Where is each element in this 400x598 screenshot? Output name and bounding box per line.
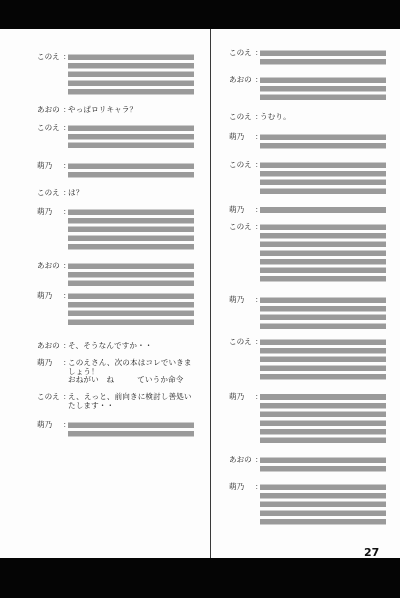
redacted-text: [260, 223, 386, 283]
redacted-text: [68, 292, 194, 326]
redacted-text: [68, 53, 194, 96]
speaker-name: 萌乃: [37, 359, 52, 368]
right-column: このえ ： あおの ： このえ ： うむり。 萌乃 ： このえ ： 萌乃 ： こ…: [229, 0, 389, 598]
redacted-text: [260, 161, 386, 195]
scan-border-bottom: [0, 558, 400, 598]
speaker-name: このえ: [229, 49, 252, 58]
dialogue-text: え、えっと、前向きに検討し善処い たします・・: [68, 393, 194, 410]
dialogue-text: うむり。: [260, 113, 386, 122]
speaker-name: あおの: [229, 456, 252, 465]
speaker-name: あおの: [37, 106, 60, 115]
page-number: 27: [364, 547, 379, 558]
redacted-text: [68, 124, 194, 150]
speaker-name: このえ: [229, 338, 252, 347]
dialogue-text: やっぱロリキャラ？: [68, 106, 194, 115]
speaker-name: あおの: [37, 262, 60, 271]
redacted-text: [260, 133, 386, 150]
speaker-name: 萌乃: [229, 483, 244, 492]
speaker-name: このえ: [37, 124, 60, 133]
redacted-text: [260, 206, 386, 215]
dialogue-text: は？: [68, 189, 194, 198]
speaker-name: 萌乃: [37, 208, 52, 217]
redacted-text: [68, 208, 194, 251]
speaker-name: 萌乃: [229, 393, 244, 402]
speaker-name: 萌乃: [229, 133, 244, 142]
speaker-name: このえ: [37, 393, 60, 402]
speaker-name: 萌乃: [37, 292, 52, 301]
dialogue-text: そ、そうなんですか・・: [68, 342, 194, 351]
left-column: このえ ： あおの ： やっぱロリキャラ？ このえ ： 萌乃 ： このえ ： は…: [37, 0, 197, 598]
redacted-text: [68, 162, 194, 179]
redacted-text: [260, 338, 386, 381]
redacted-text: [260, 296, 386, 330]
speaker-name: このえ: [229, 161, 252, 170]
speaker-name: あおの: [37, 342, 60, 351]
speaker-name: このえ: [229, 223, 252, 232]
speaker-name: 萌乃: [229, 206, 244, 215]
speaker-name: 萌乃: [229, 296, 244, 305]
redacted-text: [260, 76, 386, 102]
redacted-text: [68, 421, 194, 438]
speaker-name: 萌乃: [37, 421, 52, 430]
speaker-name: 萌乃: [37, 162, 52, 171]
redacted-text: [260, 483, 386, 526]
redacted-text: [68, 262, 194, 288]
redacted-text: [260, 456, 386, 473]
redacted-text: [260, 49, 386, 66]
redacted-text: [260, 393, 386, 445]
speaker-name: あおの: [229, 76, 252, 85]
column-divider: [210, 29, 211, 558]
speaker-name: このえ: [37, 53, 60, 62]
dialogue-text: このえさん、次の本はコレでいきま しょう！ おねがい ね ていうか命令: [68, 359, 194, 385]
speaker-name: このえ: [37, 189, 60, 198]
speaker-name: このえ: [229, 113, 252, 122]
